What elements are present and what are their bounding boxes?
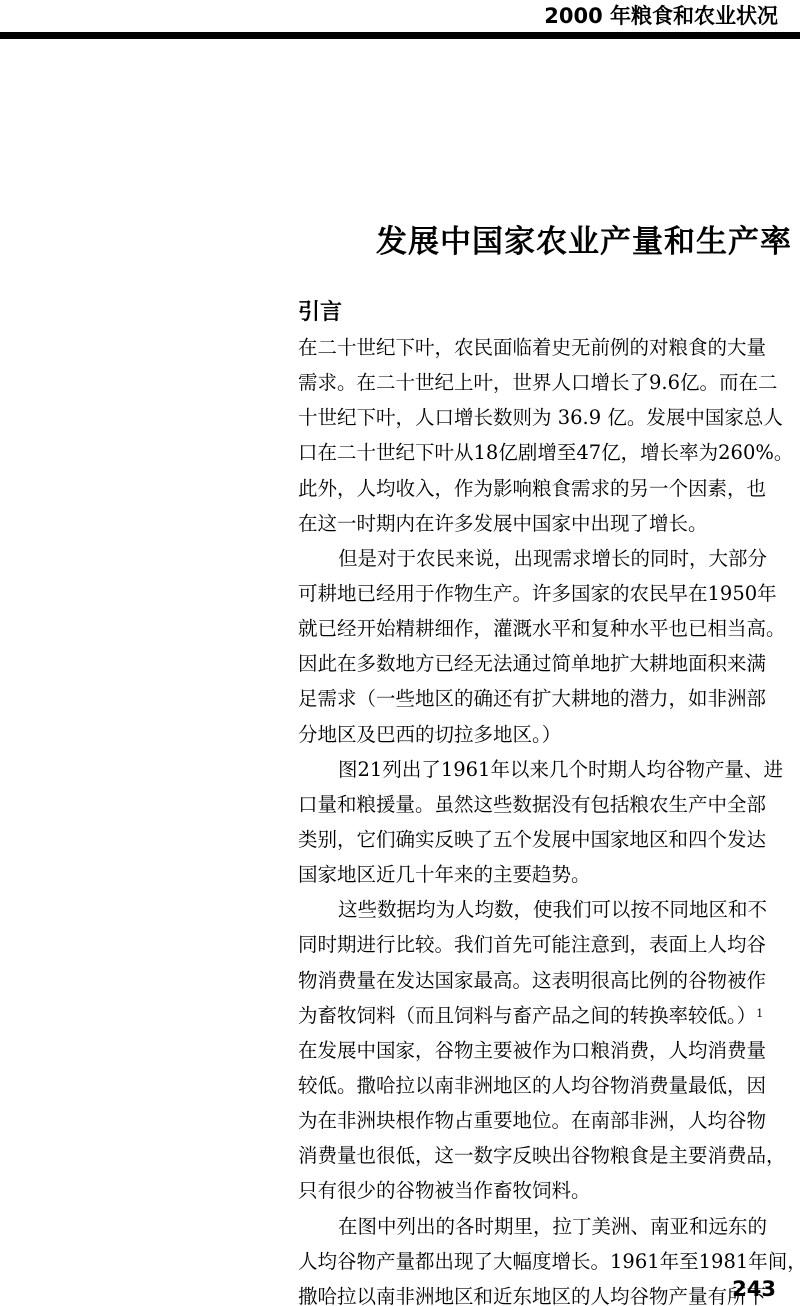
text-line: 足需求（一些地区的确还有扩大耕地的潜力，如非洲部: [298, 681, 798, 716]
text-line: 在这一时期内在许多发展中国家中出现了增长。: [298, 506, 798, 541]
text-line: 较低。撒哈拉以南非洲地区的人均谷物消费量最低，因: [298, 1068, 798, 1103]
text-line: 可耕地已经用于作物生产。许多国家的农民早在1950年: [298, 576, 798, 611]
text-line: 为在非洲块根作物占重要地位。在南部非洲，人均谷物: [298, 1103, 798, 1138]
text-line-paragraph-start: 但是对于农民来说，出现需求增长的同时，大部分: [298, 541, 798, 576]
text-line-with-footnote: 为畜牧饲料（而且饲料与畜产品之间的转换率较低。）1: [298, 998, 798, 1033]
header-rule: [0, 32, 800, 39]
text-line: 人均谷物产量都出现了大幅度增长。1961年至1981年间，: [298, 1244, 798, 1279]
text-line: 口量和粮援量。虽然这些数据没有包括粮农生产中全部: [298, 787, 798, 822]
text-line: 撒哈拉以南非洲地区和近东地区的人均谷物产量有所下: [298, 1279, 798, 1306]
text-line: 在二十世纪下叶，农民面临着史无前例的对粮食的大量: [298, 330, 798, 365]
text-line: 在发展中国家，谷物主要被作为口粮消费，人均消费量: [298, 1033, 798, 1068]
text-line: 分地区及巴西的切拉多地区。）: [298, 717, 798, 752]
text-line: 十世纪下叶，人口增长数则为 36.9 亿。发展中国家总人: [298, 400, 798, 435]
text-line: 消费量也很低，这一数字反映出谷物粮食是主要消费品，: [298, 1138, 798, 1173]
section-heading: 引言: [298, 298, 342, 328]
text-line: 物消费量在发达国家最高。这表明很高比例的谷物被作: [298, 963, 798, 998]
chapter-title: 发展中国家农业产量和生产率: [376, 222, 792, 262]
text-line: 口在二十世纪下叶从18亿剧增至47亿，增长率为260%。: [298, 435, 798, 470]
text-line: 只有很少的谷物被当作畜牧饲料。: [298, 1173, 798, 1208]
text-line-paragraph-start: 在图中列出的各时期里，拉丁美洲、南亚和远东的: [298, 1209, 798, 1244]
text-line: 此外，人均收入，作为影响粮食需求的另一个因素，也: [298, 471, 798, 506]
text-line: 因此在多数地方已经无法通过简单地扩大耕地面积来满: [298, 646, 798, 681]
text-line-content: 为畜牧饲料（而且饲料与畜产品之间的转换率较低。）: [298, 1004, 756, 1027]
text-line-paragraph-start: 这些数据均为人均数，使我们可以按不同地区和不: [298, 892, 798, 927]
footnote-marker: 1: [756, 1007, 763, 1020]
page-number: 243: [732, 1276, 776, 1302]
text-line: 就已经开始精耕细作，灌溉水平和复种水平也已相当高。: [298, 611, 798, 646]
text-line: 类别，它们确实反映了五个发展中国家地区和四个发达: [298, 822, 798, 857]
running-header-title: 2000 年粮食和农业状况: [544, 2, 778, 30]
text-line-paragraph-start: 图21列出了1961年以来几个时期人均谷物产量、进: [298, 752, 798, 787]
text-line: 需求。在二十世纪上叶，世界人口增长了9.6亿。而在二: [298, 365, 798, 400]
body-text: 在二十世纪下叶，农民面临着史无前例的对粮食的大量 需求。在二十世纪上叶，世界人口…: [298, 330, 798, 1306]
text-line: 同时期进行比较。我们首先可能注意到，表面上人均谷: [298, 927, 798, 962]
text-line: 国家地区近几十年来的主要趋势。: [298, 857, 798, 892]
